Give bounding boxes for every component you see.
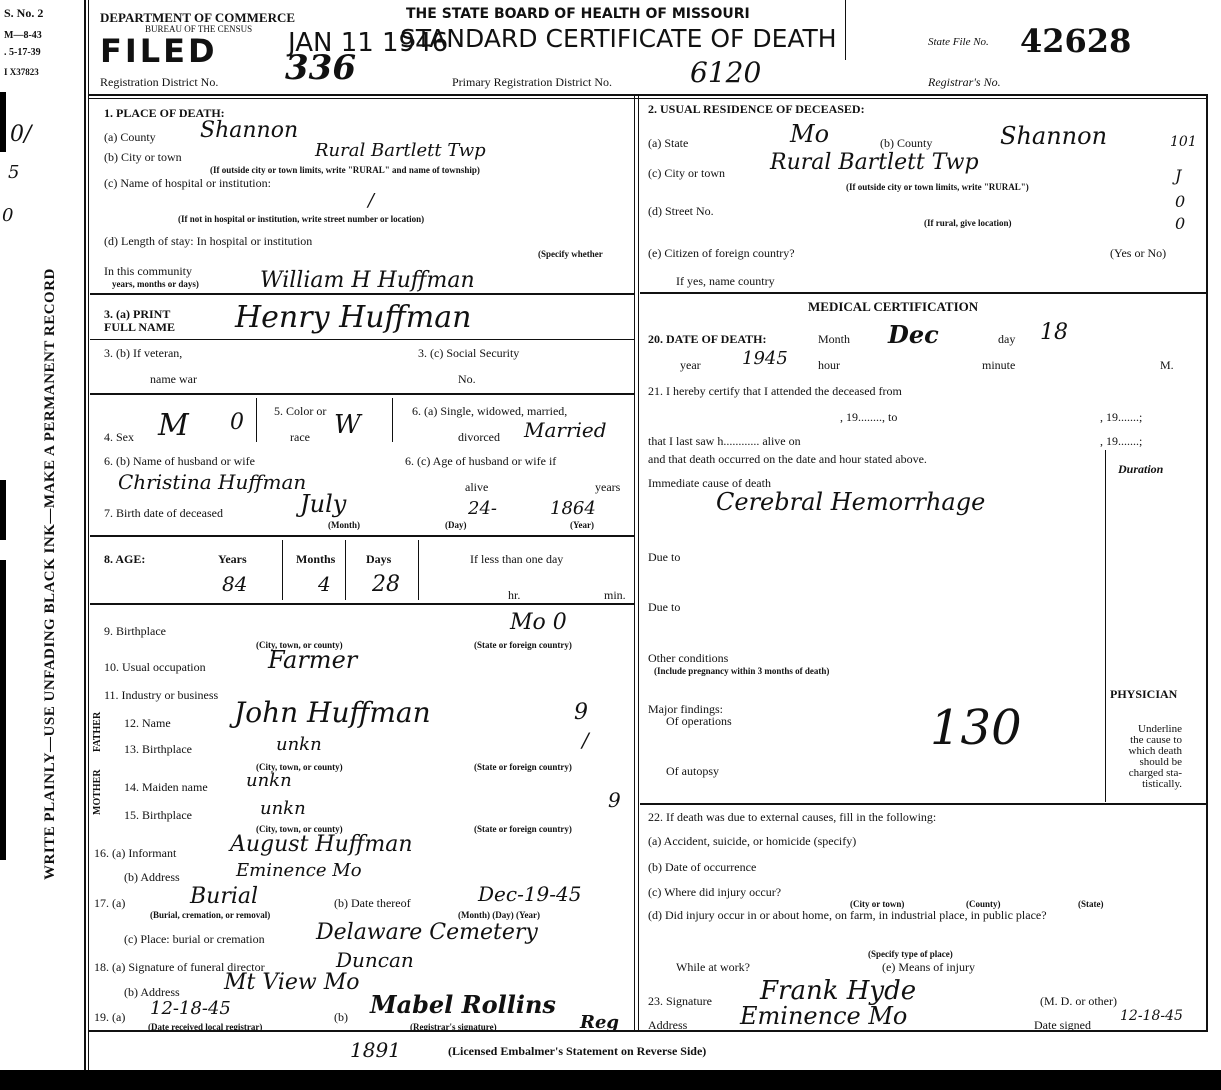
social-security-label: 3. (c) Social Security xyxy=(418,346,519,361)
death-day-value: 18 xyxy=(1040,320,1068,345)
length-of-stay-label: (d) Length of stay: In hospital or insti… xyxy=(104,234,312,249)
due-to-label-1: Due to xyxy=(648,550,680,565)
md-label: (M. D. or other) xyxy=(1040,994,1117,1009)
mother-code: 9 xyxy=(608,788,621,812)
full-name-label-2: FULL NAME xyxy=(104,320,175,335)
form-code-2: . 5-17-39 xyxy=(4,47,41,58)
age-months-value: 4 xyxy=(318,572,331,596)
citizen-label: (e) Citizen of foreign country? xyxy=(648,246,795,261)
residence-state-label: (a) State xyxy=(648,136,688,151)
primary-district-number: 6120 xyxy=(690,56,761,89)
attended-dates-end: , 19.......; xyxy=(1100,410,1142,425)
birth-year: 1864 xyxy=(550,498,596,519)
death-certificate: S. No. 2 M—8-43 . 5-17-39 I X37823 0/ 5 … xyxy=(0,0,1221,1070)
funeral-address-value: Mt View Mo xyxy=(224,970,360,995)
divorced-label: divorced xyxy=(458,430,500,445)
age-years-value: 84 xyxy=(222,572,247,596)
birth-month: July xyxy=(300,490,346,518)
disposition-caption: (Burial, cremation, or removal) xyxy=(150,910,270,920)
sex-value: M xyxy=(158,408,189,443)
marital-label: 6. (a) Single, widowed, married, xyxy=(412,404,567,419)
month-caption: (Month) xyxy=(328,520,360,530)
death-day-label: day xyxy=(998,332,1015,347)
community-label: In this community xyxy=(104,264,192,279)
form-border xyxy=(88,0,89,1070)
external-causes-heading: 22. If death was due to external causes,… xyxy=(648,810,936,825)
state-file-label: State File No. xyxy=(928,36,989,48)
residence-code-3: 0 xyxy=(1175,214,1185,233)
hours-label: hr. xyxy=(508,588,520,603)
birth-day: 24- xyxy=(468,498,497,519)
death-city-label: (b) City or town xyxy=(104,150,182,165)
column-divider xyxy=(634,96,635,1030)
injury-state-caption: (State) xyxy=(1078,899,1104,909)
registrar-label: 19. (a) xyxy=(94,1010,125,1025)
form-border xyxy=(84,0,86,1070)
death-meridiem-label: M. xyxy=(1160,358,1174,373)
injury-place-type-label: (d) Did injury occur in or about home, o… xyxy=(648,908,1047,923)
father-name-label: 12. Name xyxy=(124,716,171,731)
left-margin: S. No. 2 M—8-43 . 5-17-39 I X37823 0/ 5 … xyxy=(0,0,88,1070)
less-than-day-label: If less than one day xyxy=(470,552,563,567)
embalmer-number: 1891 xyxy=(350,1038,401,1062)
section-rule xyxy=(90,339,634,340)
primary-district-label: Primary Registration District No. xyxy=(452,75,612,90)
margin-note-3: 0 xyxy=(2,205,13,226)
header-rule xyxy=(88,98,1208,99)
registrar-date-value: 12-18-45 xyxy=(150,998,231,1019)
injury-location-label: (c) Where did injury occur? xyxy=(648,885,781,900)
father-birthplace-label: 13. Birthplace xyxy=(124,742,192,757)
registration-district-label: Registration District No. xyxy=(100,75,218,90)
mother-name-label: 14. Maiden name xyxy=(124,780,208,795)
field-divider xyxy=(418,540,419,600)
birthplace-label: 9. Birthplace xyxy=(104,624,166,639)
community-note: years, months or days) xyxy=(112,279,199,289)
birthplace-state-caption: (State or foreign country) xyxy=(474,640,572,650)
death-month-label: Month xyxy=(818,332,850,347)
hospital-note: (If not in hospital or institution, writ… xyxy=(178,214,424,224)
margin-bar xyxy=(0,480,6,540)
underline-note: Underline the cause to which death shoul… xyxy=(1110,724,1182,790)
years-label: years xyxy=(595,480,620,495)
board-label: THE STATE BOARD OF HEALTH OF MISSOURI xyxy=(406,6,750,22)
filed-stamp: FILED xyxy=(100,32,218,70)
veteran-label: 3. (b) If veteran, xyxy=(104,346,182,361)
birth-date-label: 7. Birth date of deceased xyxy=(104,506,223,521)
father-birthplace-code: / xyxy=(582,728,589,752)
duration-label: Duration xyxy=(1118,462,1163,477)
residence-code-2: 0 xyxy=(1175,192,1185,211)
physician-address-label: Address xyxy=(648,1018,687,1033)
registrar-signature: Mabel Rollins xyxy=(370,990,556,1019)
section-rule xyxy=(90,293,634,295)
while-at-work-label: While at work? xyxy=(676,960,750,975)
date-signed-value: 12-18-45 xyxy=(1120,1008,1183,1024)
section-rule xyxy=(640,292,1206,294)
header-rule xyxy=(88,94,1208,96)
full-name-label-1: 3. (a) PRINT xyxy=(104,308,170,320)
residence-city-note: (If outside city or town limits, write "… xyxy=(846,182,1029,192)
column-divider xyxy=(638,96,639,1030)
registration-district-number: 336 xyxy=(285,48,356,88)
residence-city-label: (c) City or town xyxy=(648,166,725,181)
informant-address-label: (b) Address xyxy=(124,870,180,885)
residence-county-value: Shannon xyxy=(1000,122,1107,150)
residence-county-code: 101 xyxy=(1170,134,1197,150)
mother-side-label: MOTHER xyxy=(92,769,103,815)
operations-label: Of operations xyxy=(666,714,732,729)
hospital-label: (c) Name of hospital or institution: xyxy=(104,176,271,191)
community-value: William H Huffman xyxy=(260,268,475,293)
place-type-caption: (Specify type of place) xyxy=(868,949,953,959)
certificate-title: STANDARD CERTIFICATE OF DEATH xyxy=(400,24,837,53)
age-years-label: Years xyxy=(218,552,247,567)
residence-street-note: (If rural, give location) xyxy=(924,218,1011,228)
margin-bar xyxy=(0,560,6,860)
age-label: 8. AGE: xyxy=(104,552,145,567)
father-state-caption: (State or foreign country) xyxy=(474,762,572,772)
stay-note: (Specify whether xyxy=(538,249,603,259)
death-year-value: 1945 xyxy=(742,348,788,369)
death-county-value: Shannon xyxy=(200,118,298,143)
certify-label: 21. I hereby certify that I attended the… xyxy=(648,384,902,399)
form-code-3: I X37823 xyxy=(4,67,39,77)
minutes-label: min. xyxy=(604,588,626,603)
informant-label: 16. (a) Informant xyxy=(94,846,176,861)
field-divider xyxy=(256,398,257,442)
residence-county-label: (b) County xyxy=(880,136,932,151)
form-code-1: M—8-43 xyxy=(4,30,42,41)
section-rule xyxy=(90,393,634,395)
disposition-value: Burial xyxy=(190,884,258,909)
marital-value: Married xyxy=(524,418,607,442)
year-caption: (Year) xyxy=(570,520,594,530)
spouse-age-label: 6. (c) Age of husband or wife if xyxy=(405,454,556,469)
other-conditions-note: (Include pregnancy within 3 months of de… xyxy=(654,666,829,676)
underline-note-line: tistically. xyxy=(1110,779,1182,790)
immediate-cause-value: Cerebral Hemorrhage xyxy=(716,488,985,516)
other-conditions-label: Other conditions xyxy=(648,651,728,666)
father-side-label: FATHER xyxy=(92,712,103,752)
field-divider xyxy=(392,398,393,442)
race-label: race xyxy=(290,430,310,445)
occupation-label: 10. Usual occupation xyxy=(104,660,206,675)
race-value: W xyxy=(334,410,361,440)
alive-label: alive xyxy=(465,480,488,495)
mother-name-value: unkn xyxy=(246,770,292,791)
death-city-note: (If outside city or town limits, write "… xyxy=(210,165,480,175)
death-year-label: year xyxy=(680,358,701,373)
embalmer-note: (Licensed Embalmer's Statement on Revers… xyxy=(448,1044,706,1059)
section-rule xyxy=(640,803,1206,805)
death-hour-label: hour xyxy=(818,358,840,373)
sex-label: 4. Sex xyxy=(104,430,134,445)
due-to-label-2: Due to xyxy=(648,600,680,615)
funeral-director-value: Duncan xyxy=(336,948,414,972)
foreign-country-label: If yes, name country xyxy=(676,274,775,289)
social-security-no-label: No. xyxy=(458,372,476,387)
age-months-label: Months xyxy=(296,552,335,567)
burial-date-label: (b) Date thereof xyxy=(334,896,411,911)
field-divider xyxy=(282,540,283,600)
burial-place-value: Delaware Cemetery xyxy=(316,920,538,945)
date-signed-label: Date signed xyxy=(1034,1018,1091,1033)
margin-note-1: 0/ xyxy=(10,122,31,147)
last-saw-end: , 19.......; xyxy=(1100,434,1142,449)
father-name-value: John Huffman xyxy=(234,696,431,729)
registrar-number-label: Registrar's No. xyxy=(928,75,1001,90)
mother-birthplace-label: 15. Birthplace xyxy=(124,808,192,823)
cause-code-mark: 130 xyxy=(930,700,1022,756)
medical-certification-heading: MEDICAL CERTIFICATION xyxy=(808,299,978,315)
burial-place-label: (c) Place: burial or cremation xyxy=(124,932,265,947)
spouse-label: 6. (b) Name of husband or wife xyxy=(104,454,255,469)
citizen-suffix: (Yes or No) xyxy=(1110,246,1166,261)
day-caption: (Day) xyxy=(445,520,467,530)
sex-code: 0 xyxy=(230,410,244,435)
form-border xyxy=(1206,95,1208,1030)
informant-value: August Huffman xyxy=(230,832,413,857)
father-code: 9 xyxy=(574,700,588,725)
mother-state-caption: (State or foreign country) xyxy=(474,824,572,834)
disposition-label: 17. (a) xyxy=(94,896,125,911)
burial-date-value: Dec-19-45 xyxy=(478,882,582,906)
vertical-instruction: WRITE PLAINLY—USE UNFADING BLACK INK—MAK… xyxy=(42,120,59,880)
state-file-number: 42628 xyxy=(1020,22,1131,60)
father-birthplace-value: unkn xyxy=(276,734,322,755)
color-label: 5. Color or xyxy=(274,404,326,419)
death-minute-label: minute xyxy=(982,358,1015,373)
residence-street-label: (d) Street No. xyxy=(648,204,714,219)
burial-date-captions: (Month) (Day) (Year) xyxy=(458,910,540,920)
occurred-statement: and that death occurred on the date and … xyxy=(648,452,927,467)
last-saw-label: that I last saw h............ alive on xyxy=(648,434,801,449)
date-of-death-label: 20. DATE OF DEATH: xyxy=(648,332,766,347)
full-name-value: Henry Huffman xyxy=(235,300,471,335)
birthplace-state-value: Mo 0 xyxy=(510,610,567,635)
header-divider xyxy=(845,0,846,60)
signature-label: 23. Signature xyxy=(648,994,712,1009)
mother-birthplace-value: unkn xyxy=(260,798,306,819)
war-label: name war xyxy=(150,372,197,387)
age-days-label: Days xyxy=(366,552,391,567)
industry-label: 11. Industry or business xyxy=(104,688,218,703)
occurrence-date-label: (b) Date of occurrence xyxy=(648,860,756,875)
field-divider xyxy=(345,540,346,600)
residence-heading: 2. USUAL RESIDENCE OF DECEASED: xyxy=(648,102,865,117)
autopsy-label: Of autopsy xyxy=(666,764,719,779)
residence-code-1: J xyxy=(1175,166,1181,185)
attended-dates-line: , 19........, to xyxy=(840,410,897,425)
physician-label: PHYSICIAN xyxy=(1110,687,1177,702)
section-rule xyxy=(90,603,634,605)
margin-bar xyxy=(0,92,6,152)
spouse-value: Christina Huffman xyxy=(118,470,306,494)
margin-note-2: 5 xyxy=(8,162,19,183)
registrar-sig-label: (b) xyxy=(334,1010,348,1025)
death-county-label: (a) County xyxy=(104,130,156,145)
form-number: S. No. 2 xyxy=(4,6,43,21)
death-city-value: Rural Bartlett Twp xyxy=(315,140,486,161)
residence-city-value: Rural Bartlett Twp xyxy=(770,150,979,175)
hospital-value: / xyxy=(368,190,374,211)
duration-divider xyxy=(1105,450,1106,802)
physician-address-value: Eminence Mo xyxy=(740,1002,907,1030)
informant-address-value: Eminence Mo xyxy=(236,860,362,881)
occupation-value: Farmer xyxy=(268,646,357,674)
death-month-value: Dec xyxy=(888,320,939,349)
means-of-injury-label: (e) Means of injury xyxy=(882,960,975,975)
section-rule xyxy=(90,535,634,537)
accident-label: (a) Accident, suicide, or homicide (spec… xyxy=(648,834,856,849)
residence-state-value: Mo xyxy=(790,120,829,148)
age-days-value: 28 xyxy=(372,572,400,597)
